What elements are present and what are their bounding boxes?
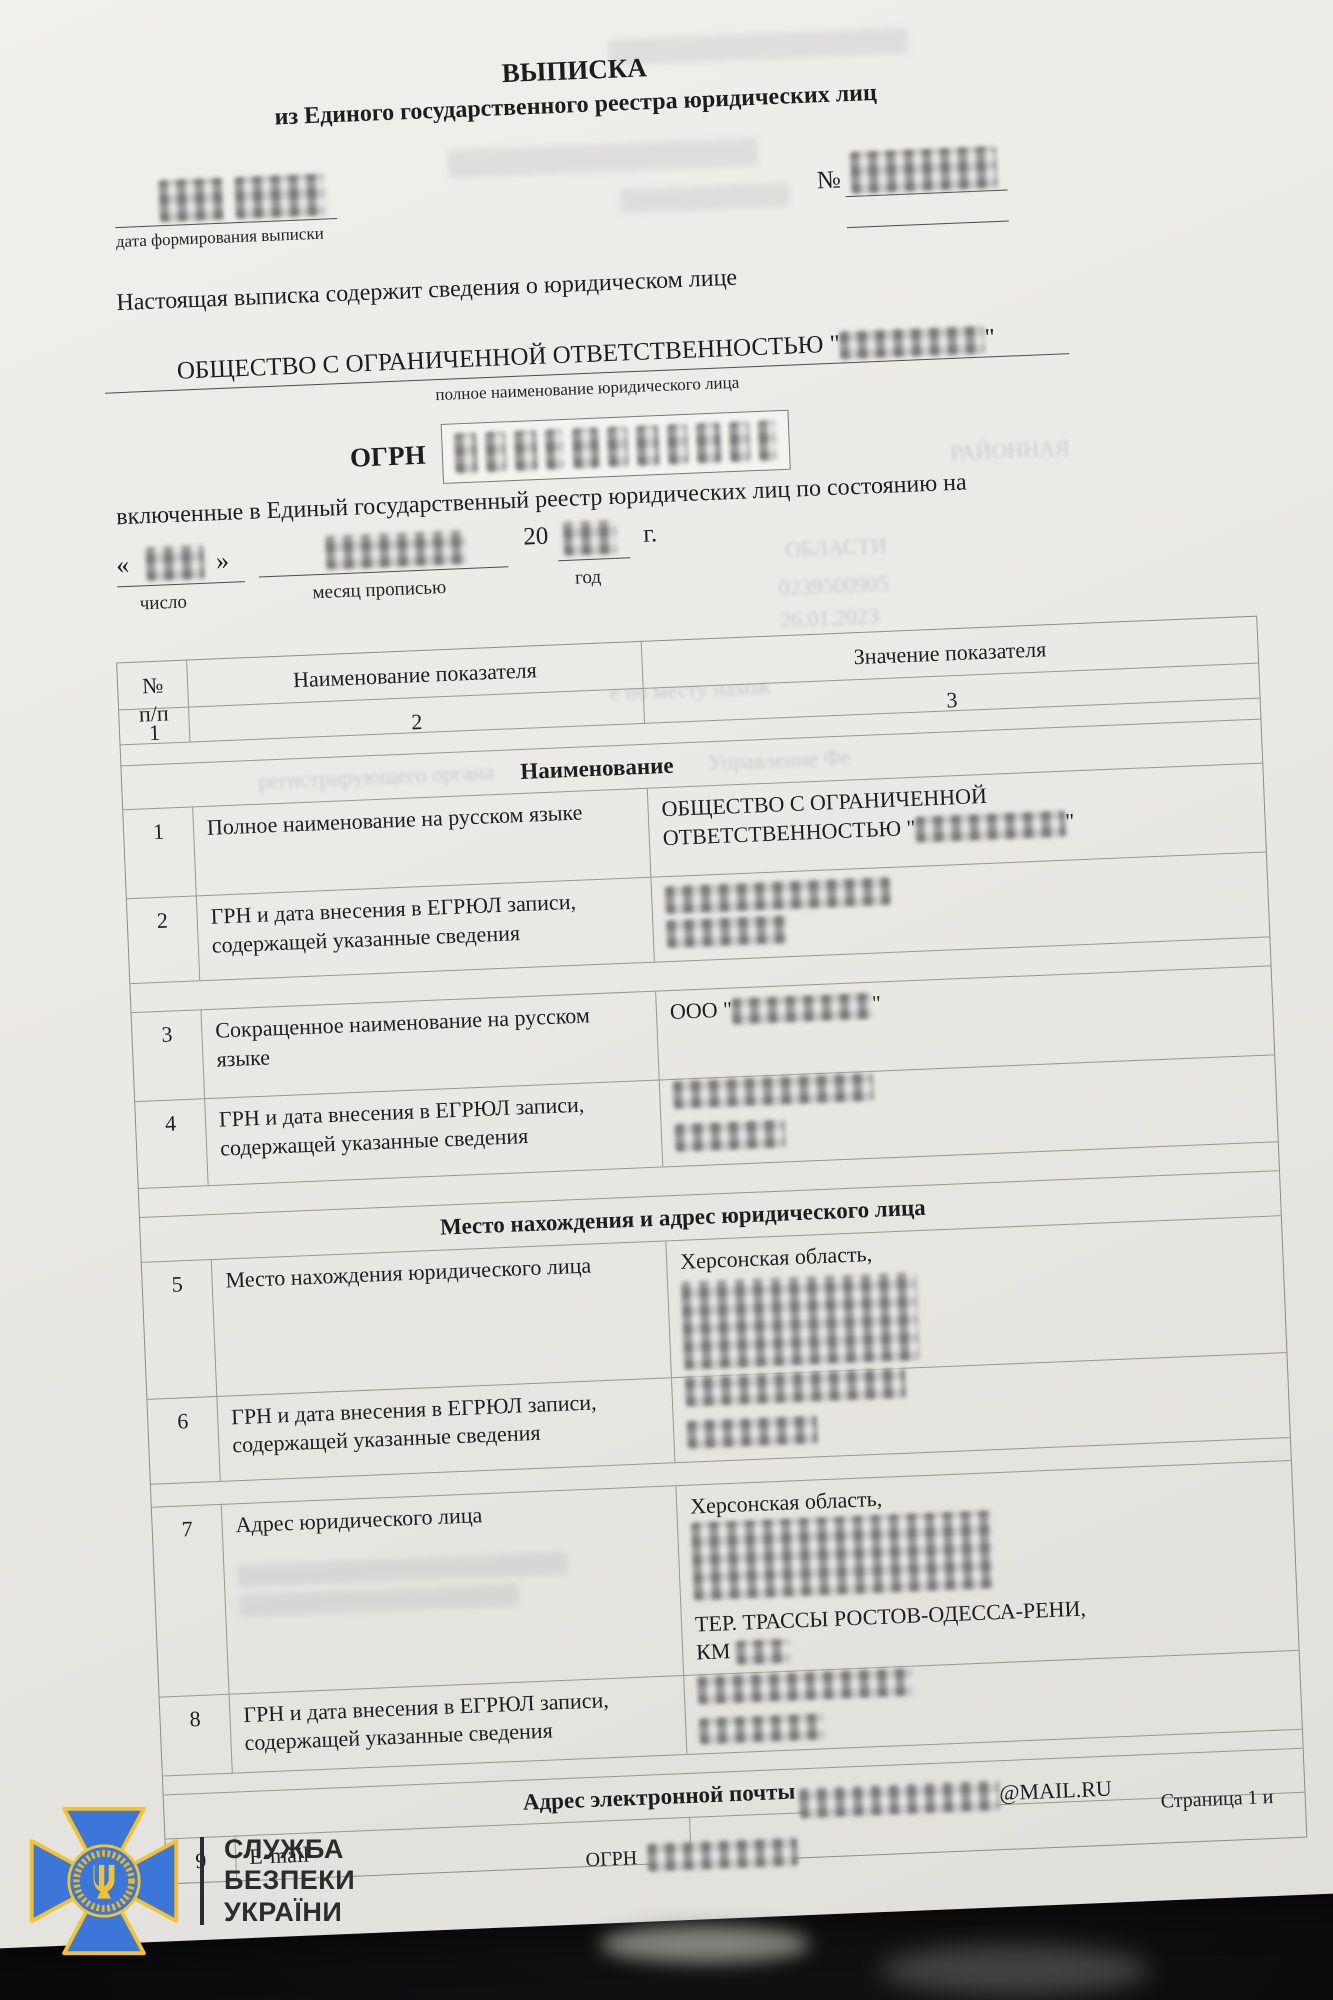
- bleed-through-text: РАЙОННАЯ: [950, 435, 1070, 466]
- bleed-through-text: 26.01.2023: [779, 603, 879, 633]
- redacted-year: [563, 520, 618, 556]
- redacted-value: [665, 877, 891, 914]
- footer-page-number: Страница 1 и: [1160, 1786, 1273, 1814]
- redacted-extract-date: [234, 174, 326, 220]
- sbu-watermark: СЛУЖБА БЕЗПЕКИ УКРАЇНИ: [28, 1800, 355, 1962]
- row-name: Место нахождения юридического лица: [212, 1241, 672, 1396]
- row-num: 2: [127, 897, 200, 984]
- bleed-through-text: ОБЛАСТИ: [785, 533, 888, 563]
- desk-object-blur: [880, 1945, 1150, 1995]
- ogrn-block: ОГРН: [349, 410, 791, 488]
- redacted-footer-ogrn: [647, 1838, 798, 1872]
- extract-number-block: №: [816, 146, 999, 229]
- month-label: месяц прописью: [312, 577, 447, 604]
- redacted-value: [732, 993, 873, 1025]
- redacted-month: [325, 530, 466, 570]
- row-num: 7: [152, 1505, 230, 1696]
- redacted-company-name: [839, 326, 985, 360]
- bleed-through-smudge: [239, 1584, 520, 1617]
- row-value: Херсонская область,: [666, 1216, 1286, 1377]
- redacted-value: [736, 1639, 791, 1665]
- row-name: Сокращенное наименование на русском язык…: [202, 992, 660, 1099]
- sbu-logo-icon: [28, 1800, 180, 1962]
- redacted-value: [697, 1668, 913, 1705]
- sbu-divider: [200, 1837, 204, 1925]
- bleed-through-smudge: [447, 138, 758, 179]
- row-num: 4: [135, 1100, 208, 1189]
- redacted-value: [673, 1073, 874, 1109]
- row-name: Адрес юридического лица: [222, 1486, 684, 1693]
- redacted-day: [145, 545, 204, 581]
- footer-ogrn-label: ОГРН: [585, 1847, 637, 1872]
- as-of-date-block: « » число месяц прописью 20 г. год: [115, 523, 738, 643]
- row-num: 5: [142, 1260, 218, 1399]
- redacted-value: [687, 1416, 818, 1449]
- intro-line: Настоящая выписка содержит сведения о юр…: [116, 265, 738, 317]
- photo-background: РАЙОННАЯ ОБЛАСТИ 0239500905 26.01.2023 е…: [0, 0, 1333, 2000]
- col-number-1: 1: [119, 708, 190, 745]
- redacted-value: [915, 810, 1066, 842]
- year-prefix: 20: [523, 523, 549, 552]
- redacted-value: [691, 1511, 994, 1601]
- extract-date-block: дата формирования выписки: [113, 173, 346, 252]
- close-quote: »: [215, 546, 229, 577]
- col-header-num: № п/п: [117, 661, 189, 710]
- sbu-agency-name: СЛУЖБА БЕЗПЕКИ УКРАЇНИ: [224, 1834, 355, 1928]
- email-domain: @MAIL.RU: [999, 1776, 1112, 1806]
- desk-object-blur: [600, 1925, 810, 1963]
- redacted-value: [675, 1119, 786, 1151]
- row-value: Херсонская область, ТЕР. ТРАССЫ РОСТОВ-О…: [676, 1461, 1298, 1675]
- extract-date-label: дата формирования выписки: [116, 223, 347, 252]
- redacted-ogrn-value: [440, 410, 790, 484]
- company-name-block: ОБЩЕСТВО С ОГРАНИЧЕННОЙ ОТВЕТСТВЕННОСТЬЮ…: [16, 318, 1157, 423]
- registry-table: № п/п Наименование показателя Значение п…: [116, 616, 1307, 1885]
- row-num: 8: [160, 1694, 233, 1775]
- company-name-suffix: ": [984, 324, 995, 351]
- bleed-through-smudge: [237, 1552, 568, 1588]
- number-sign: №: [816, 166, 841, 195]
- redacted-extract-number: [850, 146, 998, 194]
- redacted-value: [681, 1272, 919, 1370]
- redacted-email: [799, 1780, 1000, 1818]
- row-name: Полное наименование на русском языке: [193, 789, 651, 896]
- redacted-value: [699, 1713, 825, 1744]
- document-paper: РАЙОННАЯ ОБЛАСТИ 0239500905 26.01.2023 е…: [0, 0, 1333, 1949]
- redacted-value: [666, 916, 787, 949]
- redacted-extract-date: [158, 178, 224, 223]
- bleed-through-smudge: [619, 182, 790, 213]
- year-label: год: [575, 567, 602, 590]
- day-label: число: [139, 592, 187, 616]
- row-num: 6: [147, 1397, 220, 1484]
- year-suffix: г.: [643, 520, 658, 549]
- bleed-through-text: 0239500905: [778, 571, 889, 601]
- row-num: 1: [123, 808, 197, 899]
- ogrn-label: ОГРН: [349, 439, 426, 473]
- row-num: 3: [132, 1011, 206, 1102]
- open-quote: «: [116, 550, 130, 581]
